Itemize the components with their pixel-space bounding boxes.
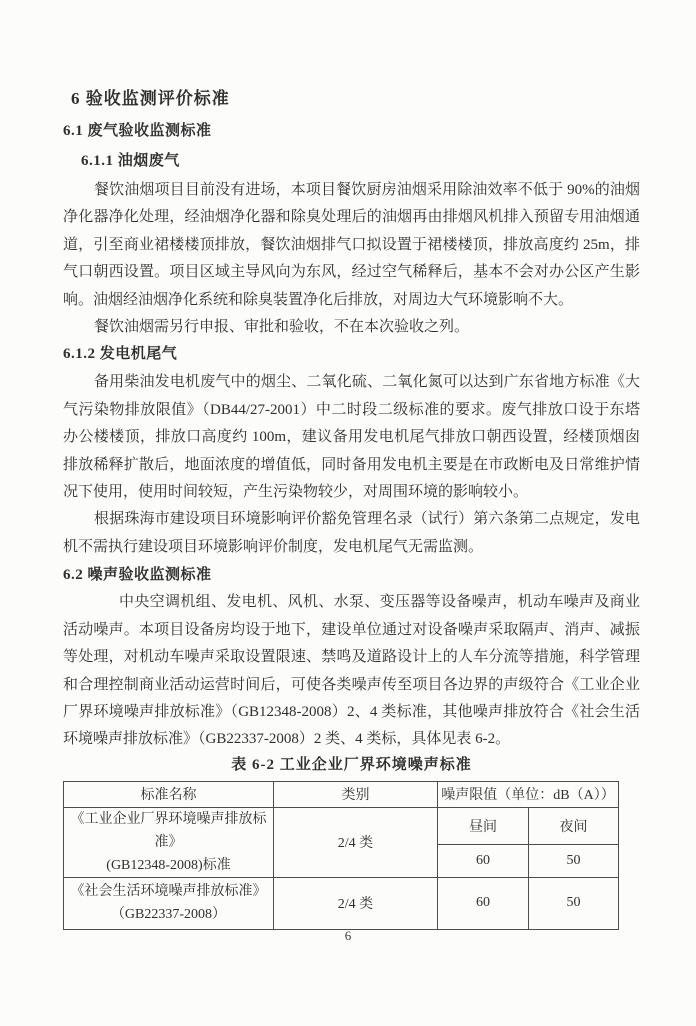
noise-standards-table: 标准名称 类别 噪声限值（单位：dB（A）） 《工业企业厂界环境噪声排放标准》 … bbox=[63, 781, 619, 930]
paragraph-oil-fume: 餐饮油烟项目目前没有进场，本项目餐饮厨房油烟采用除油效率不低于 90%的油烟净化… bbox=[63, 177, 640, 314]
standard-name-line2: （GB22337-2008） bbox=[66, 903, 271, 926]
night-limit-cell: 50 bbox=[529, 845, 619, 878]
section-6-1-heading: 6.1 废气验收监测标准 bbox=[63, 122, 640, 140]
night-subheader-cell: 夜间 bbox=[529, 807, 619, 844]
day-limit-cell: 60 bbox=[438, 877, 529, 929]
standard-name-line1: 《工业企业厂界环境噪声排放标准》 bbox=[66, 808, 271, 854]
day-limit-cell: 60 bbox=[438, 845, 529, 878]
page-number: 6 bbox=[0, 928, 696, 944]
paragraph-noise: 中央空调机组、发电机、风机、水泵、变压器等设备噪声，机动车噪声及商业活动噪声。本… bbox=[63, 589, 640, 753]
paragraph-generator-exemption: 根据珠海市建设项目环境影响评价豁免管理名录（试行）第六条第二点规定，发电机不需执… bbox=[63, 506, 640, 561]
section-6-1-2-heading: 6.1.2 发电机尾气 bbox=[63, 345, 640, 363]
paragraph-generator-exhaust: 备用柴油发电机废气中的烟尘、二氧化硫、二氧化氮可以达到广东省地方标准《大气污染物… bbox=[63, 369, 640, 506]
standard-name-line1: 《社会生活环境噪声排放标准》 bbox=[66, 880, 271, 903]
table-header-row: 标准名称 类别 噪声限值（单位：dB（A）） bbox=[64, 781, 619, 807]
table-caption: 表 6-2 工业企业厂界环境噪声标准 bbox=[63, 756, 640, 774]
table-row: 《工业企业厂界环境噪声排放标准》 (GB12348-2008)标准 2/4 类 … bbox=[64, 807, 619, 844]
night-limit-cell: 50 bbox=[529, 877, 619, 929]
column-header-standard-name: 标准名称 bbox=[64, 781, 274, 807]
section-6-2-heading: 6.2 噪声验收监测标准 bbox=[63, 566, 640, 584]
section-6-1-1-heading: 6.1.1 油烟废气 bbox=[63, 152, 640, 170]
category-cell: 2/4 类 bbox=[274, 877, 438, 929]
column-header-category: 类别 bbox=[274, 781, 438, 807]
column-header-noise-limit: 噪声限值（单位：dB（A）） bbox=[438, 781, 619, 807]
standard-name-cell: 《工业企业厂界环境噪声排放标准》 (GB12348-2008)标准 bbox=[64, 807, 274, 877]
day-subheader-cell: 昼间 bbox=[438, 807, 529, 844]
category-cell: 2/4 类 bbox=[274, 807, 438, 877]
document-page: 6 验收监测评价标准 6.1 废气验收监测标准 6.1.1 油烟废气 餐饮油烟项… bbox=[0, 0, 696, 1026]
standard-name-line2: (GB12348-2008)标准 bbox=[66, 854, 271, 877]
paragraph-oil-fume-note: 餐饮油烟需另行申报、审批和验收，不在本次验收之列。 bbox=[63, 314, 640, 341]
standard-name-cell: 《社会生活环境噪声排放标准》 （GB22337-2008） bbox=[64, 877, 274, 929]
chapter-heading: 6 验收监测评价标准 bbox=[63, 88, 640, 110]
text-block: 6 验收监测评价标准 6.1 废气验收监测标准 6.1.1 油烟废气 餐饮油烟项… bbox=[0, 0, 696, 930]
table-row: 《社会生活环境噪声排放标准》 （GB22337-2008） 2/4 类 60 5… bbox=[64, 877, 619, 929]
